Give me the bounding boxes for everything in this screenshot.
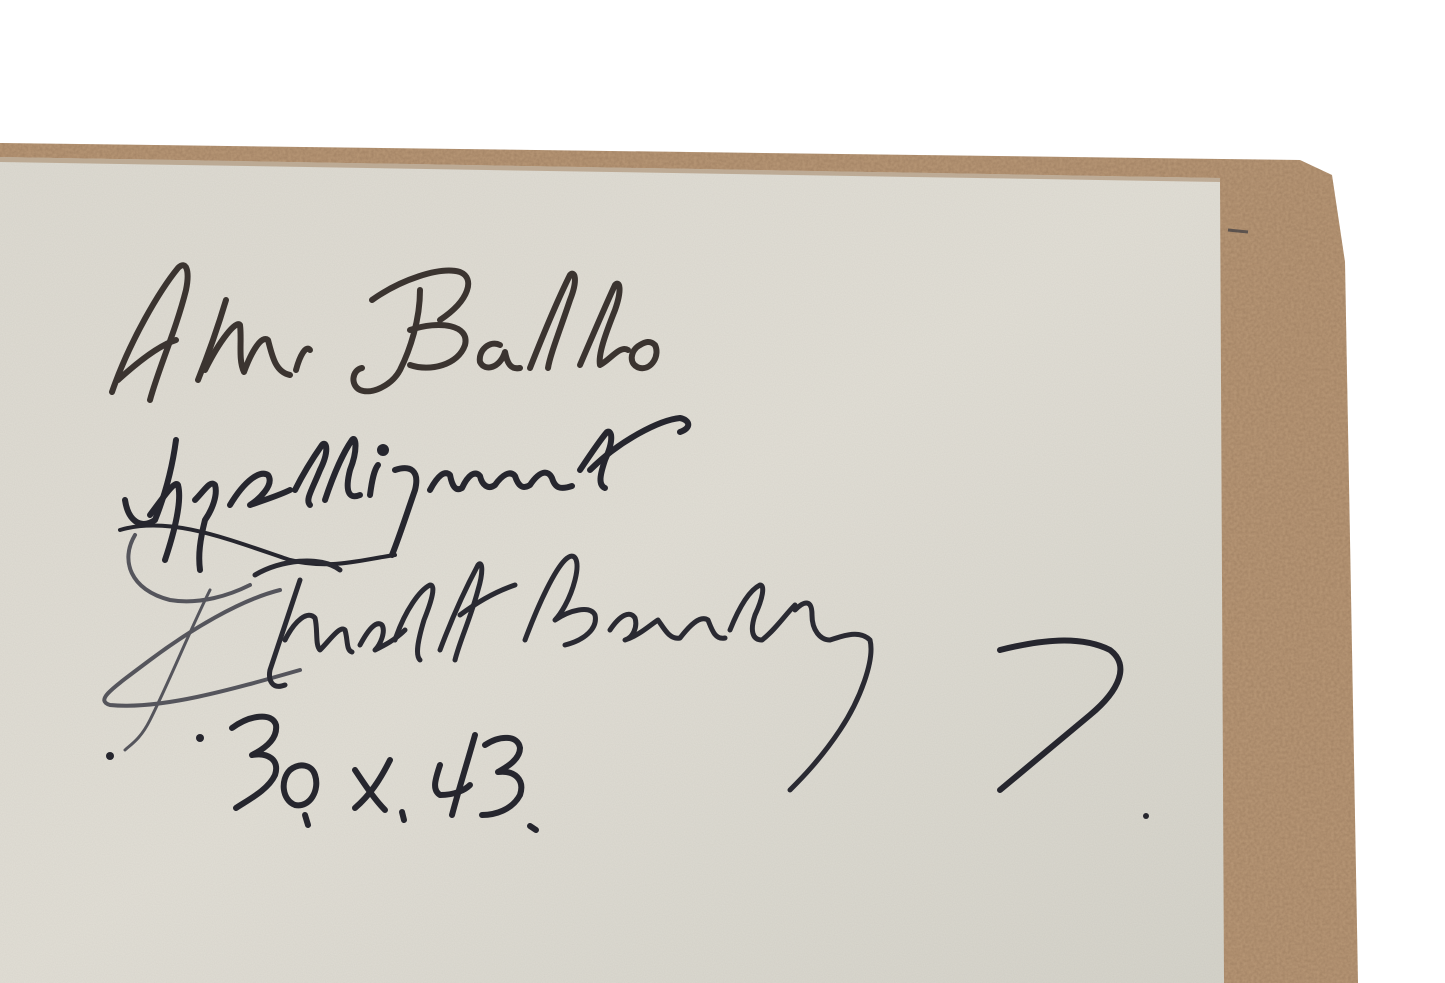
ink-dot [1143, 813, 1149, 819]
ink-dot [196, 734, 204, 742]
photo-scene [0, 0, 1445, 983]
paper-sheet [0, 157, 1224, 983]
ink-mark [1228, 230, 1248, 232]
ink-dot [106, 752, 114, 760]
